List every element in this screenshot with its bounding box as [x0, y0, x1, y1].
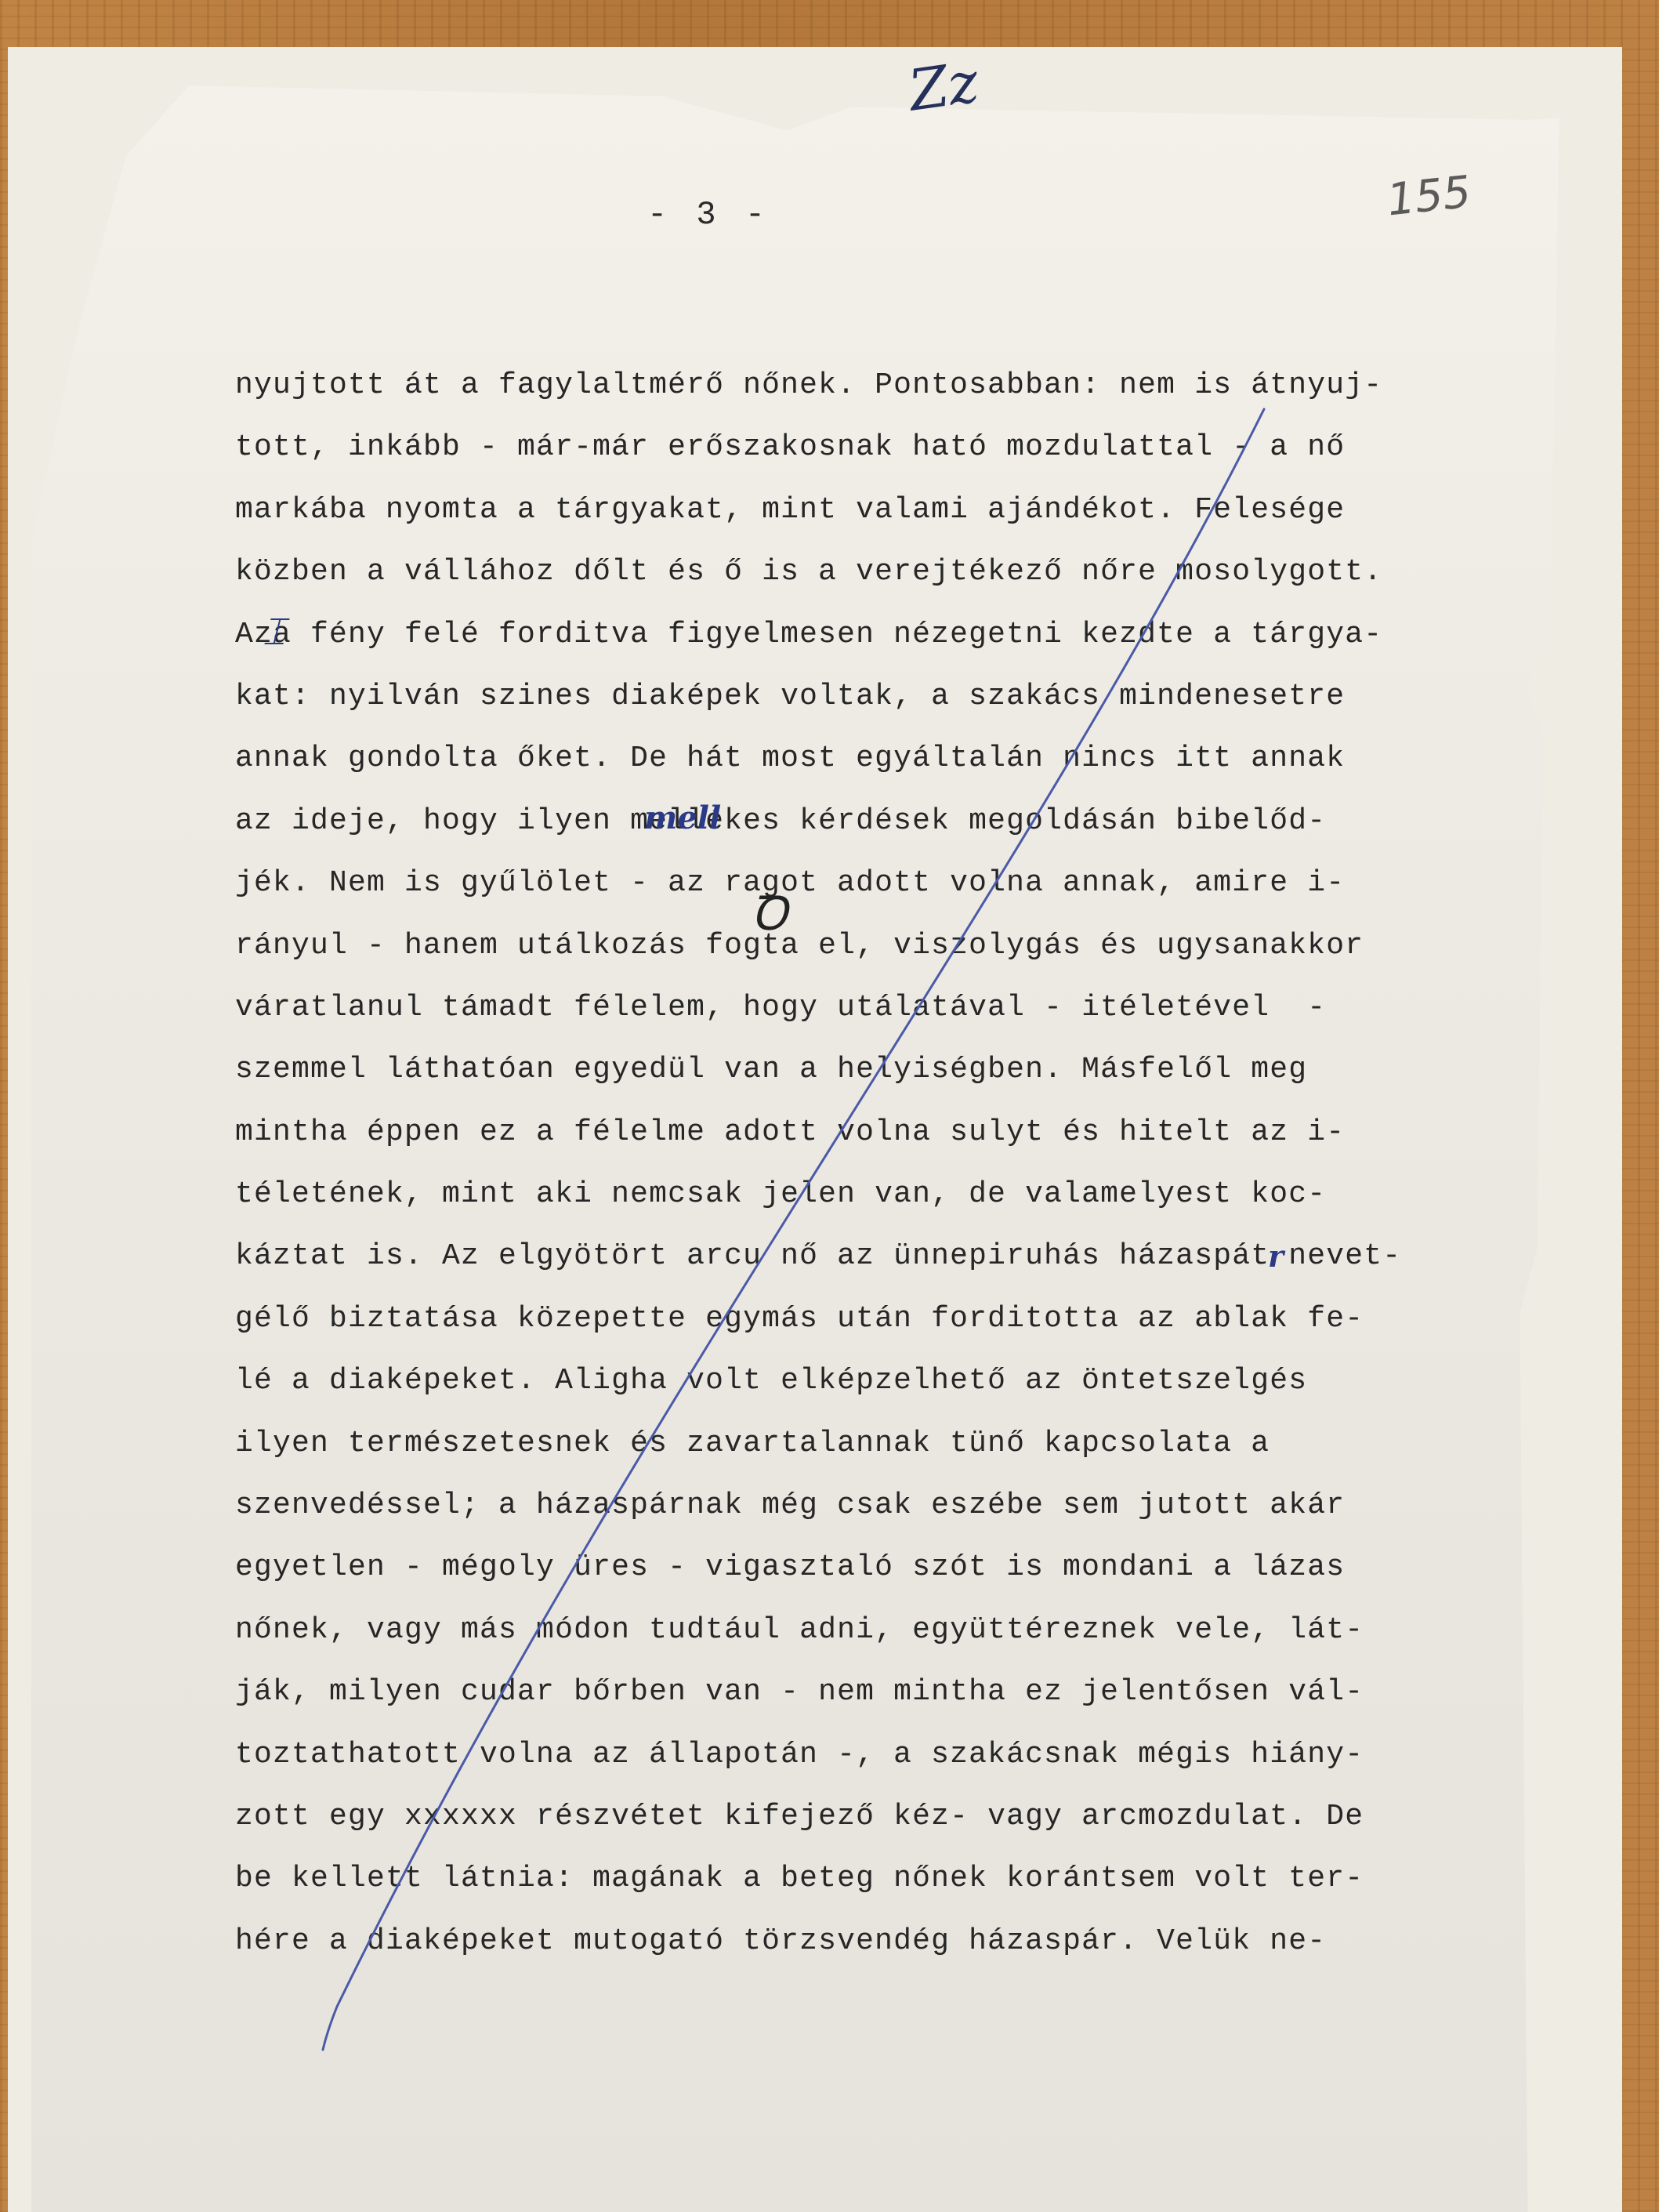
- text-line: zott egy xxxxxx részvétet kifejező kéz- …: [235, 1786, 1458, 1848]
- text-line: jék. Nem is gyűlölet - az ragot adott vo…: [235, 852, 1458, 914]
- text-line: toztathatott volna az állapotán -, a sza…: [235, 1724, 1458, 1786]
- text-line: annak gondolta őket. De hát most egyálta…: [235, 727, 1458, 789]
- text-line: egyetlen - mégoly üres - vigasztaló szót…: [235, 1536, 1458, 1598]
- handwritten-mell-correction: mell: [644, 800, 721, 836]
- text-line: hére a diaképeket mutogató törzsvendég h…: [235, 1910, 1458, 1972]
- text-line: az ideje, hogy ilyen mellékes kérdések m…: [235, 790, 1458, 852]
- text-line: közben a vállához dőlt és ő is a verejté…: [235, 541, 1458, 603]
- text-line: lé a diaképeket. Aligha volt elképzelhet…: [235, 1350, 1458, 1412]
- text-line: mintha éppen ez a félelme adott volna su…: [235, 1101, 1458, 1163]
- folio-number: 155: [1385, 167, 1473, 227]
- text-line: tott, inkább - már-már erőszakosnak ható…: [235, 416, 1458, 478]
- handwritten-t-correction: r: [1268, 1238, 1284, 1274]
- text-line: kat: nyilván szines diaképek voltak, a s…: [235, 665, 1458, 727]
- text-line: ilyen természetesnek és zavartalannak tü…: [235, 1412, 1458, 1474]
- insert-mark-correction: ⌶: [263, 610, 285, 655]
- text-line: markába nyomta a tárgyakat, mint valami …: [235, 479, 1458, 541]
- page-number: - 3 -: [647, 196, 770, 234]
- text-line: rányul - hanem utálkozás fogta el, viszo…: [235, 915, 1458, 977]
- text-line: nőnek, vagy más módon tudtául adni, együ…: [235, 1599, 1458, 1661]
- text-line: gélő biztatása közepette egymás után for…: [235, 1288, 1458, 1350]
- handwritten-top-mark: Zz: [905, 49, 983, 123]
- text-line: be kellett látnia: magának a beteg nőnek…: [235, 1848, 1458, 1909]
- handwritten-loop-correction: Ꝺ: [751, 879, 788, 944]
- text-line: nyujtott át a fagylaltmérő nőnek. Pontos…: [235, 354, 1458, 416]
- text-line: váratlanul támadt félelem, hogy utálatáv…: [235, 977, 1458, 1039]
- typed-text-body: nyujtott át a fagylaltmérő nőnek. Pontos…: [235, 354, 1458, 1972]
- text-line: szenvedéssel; a házaspárnak még csak esz…: [235, 1474, 1458, 1536]
- text-line: szemmel láthatóan egyedül van a helyiség…: [235, 1039, 1458, 1101]
- text-line: ják, milyen cudar bőrben van - nem minth…: [235, 1661, 1458, 1723]
- text-line: téletének, mint aki nemcsak jelen van, d…: [235, 1163, 1458, 1225]
- text-line: Aza fény felé forditva figyelmesen nézeg…: [235, 604, 1458, 665]
